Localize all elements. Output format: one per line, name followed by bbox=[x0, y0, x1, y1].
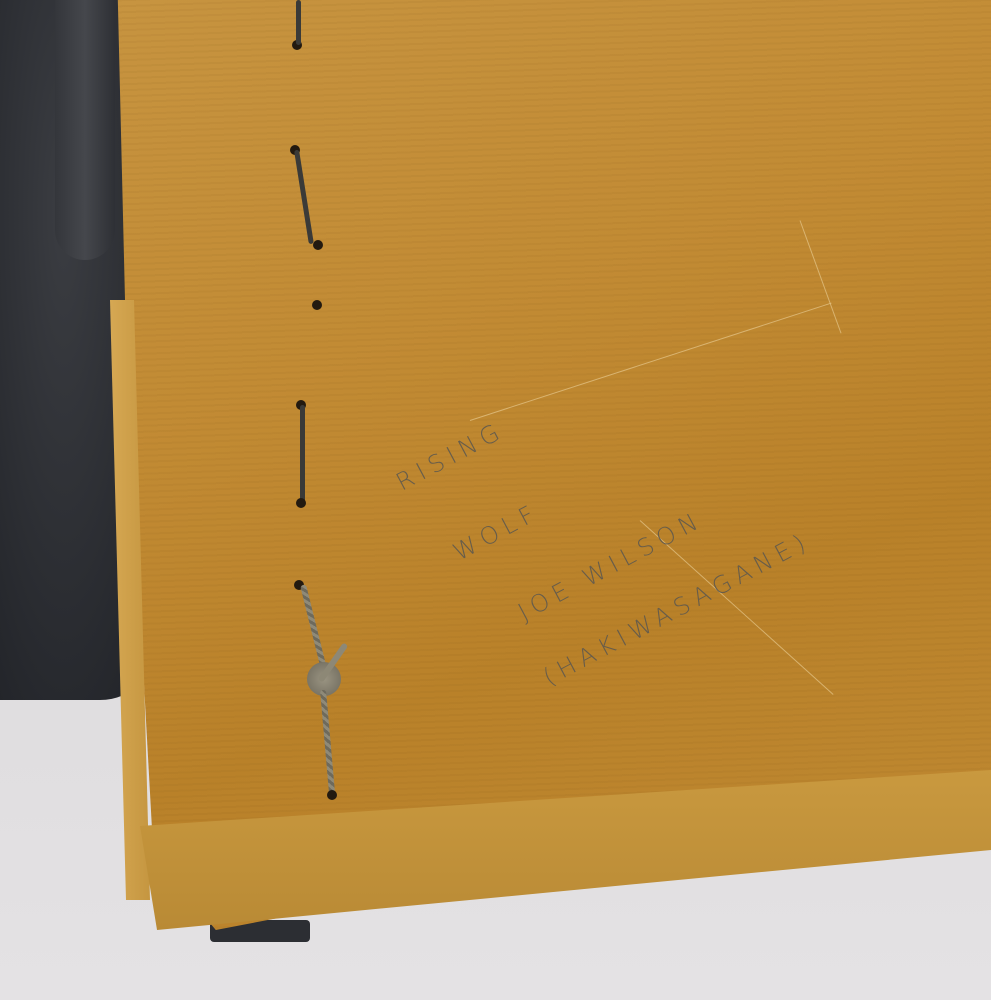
stitch-hole bbox=[313, 240, 323, 250]
photo-scene: RISING WOLF JOE WILSON (HAKIWASAGANE) bbox=[0, 0, 991, 1000]
stitch-hole bbox=[296, 498, 306, 508]
stitch-hole bbox=[327, 790, 337, 800]
stitch bbox=[296, 0, 301, 45]
stitch bbox=[300, 405, 305, 503]
stitch-hole bbox=[312, 300, 322, 310]
cloth-fold bbox=[55, 0, 115, 260]
